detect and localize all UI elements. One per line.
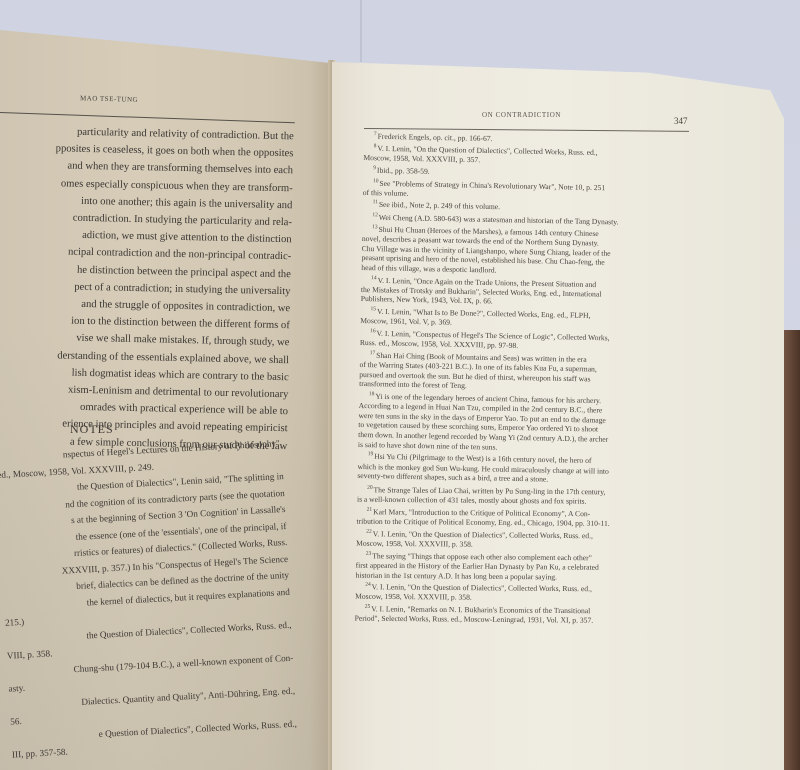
footnote-number: 13: [372, 224, 378, 230]
footnote-number: 14: [371, 275, 377, 281]
footnote-number: 9: [373, 165, 376, 171]
footnote-number: 20: [367, 485, 373, 491]
footnote-text: transformed into the forest of Teng.: [359, 379, 467, 390]
footnote-text: is a well-known collection of 431 tales,…: [357, 495, 587, 506]
footnote-line: Period", Selected Works, Russ. ed., Mosc…: [355, 614, 685, 626]
footnote-number: 16: [370, 328, 376, 334]
footnote-text: Frederick Engels, op. cit., pp. 166-67.: [378, 132, 493, 143]
footnote-text: head of this village, was a despotic lan…: [361, 263, 496, 275]
footnote-text: Period", Selected Works, Russ. ed., Mosc…: [355, 614, 594, 625]
footnote-number: 8: [374, 144, 377, 150]
left-page: MAO TSE-TUNG particularity and relativit…: [0, 30, 332, 770]
page-number: 347: [674, 116, 688, 126]
footnote-17: 17Shan Hai Ching (Book of Mountains and …: [359, 349, 690, 395]
footnote-21: 21Karl Marx, "Introduction to the Critiq…: [357, 506, 687, 530]
footnote-number: 21: [367, 507, 373, 513]
footnote-number: 10: [373, 178, 379, 184]
footnote-text: Ibid., pp. 358-59.: [377, 166, 430, 176]
footnote-number: 24: [365, 582, 371, 588]
footnote-text: Moscow, 1961, Vol. V, p. 369.: [360, 316, 452, 327]
footnote-text: See ibid., Note 2, p. 249 of this volume…: [379, 200, 500, 211]
footnote-number: 19: [368, 452, 374, 458]
notes-heading: NOTES: [70, 422, 114, 437]
footnote-text: historian in the 1st century A.D. It has…: [356, 570, 557, 581]
book-cover-shadow: [782, 330, 800, 770]
left-body-text: particularity and relativity of contradi…: [0, 122, 294, 455]
footnote-24: 24V. I. Lenin, "On the Question of Diale…: [355, 581, 685, 605]
right-page: ON CONTRADICTION 347 7Frederick Engels, …: [332, 62, 784, 770]
footnote-text: Moscow, 1958, Vol. XXXVIII, p. 358.: [355, 592, 472, 602]
footnote-number: 23: [366, 550, 372, 556]
footnote-text: Moscow, 1958, Vol. XXXVIII, p. 357.: [363, 153, 480, 164]
footnote-number: 18: [369, 391, 375, 397]
right-notes-list: 7Frederick Engels, op. cit., pp. 166-67.…: [355, 130, 694, 629]
footnote-20: 20The Strange Tales of Liao Chai, writte…: [357, 484, 687, 508]
footnote-text: Publishers, New York, 1943, Vol. IX, p. …: [361, 294, 493, 306]
left-running-head: MAO TSE-TUNG: [80, 94, 138, 104]
footnote-text: Russ. ed., Moscow, 1958, Vol. XXXVIII, p…: [360, 338, 518, 350]
footnote-number: 12: [372, 212, 378, 218]
footnote-number: 15: [370, 306, 376, 312]
footnote-text: is said to have shot down nine of the te…: [358, 440, 498, 452]
footnote-22: 22V. I. Lenin, "On the Question of Diale…: [356, 527, 686, 551]
footnote-23: 23The saying "Things that oppose each ot…: [356, 549, 686, 582]
left-head-rule: [0, 112, 295, 123]
footnote-13: 13Shui Hu Chuan (Heroes of the Marshes),…: [361, 223, 692, 279]
right-running-head: ON CONTRADICTION: [482, 111, 561, 119]
footnote-25: 25V. I. Lenin, "Remarks on N. I. Bukhari…: [355, 603, 685, 627]
footnote-number: 17: [370, 350, 376, 356]
left-notes: nspectus of Hegel's Lectures on the Hist…: [0, 435, 298, 763]
footnote-number: 11: [373, 200, 378, 206]
footnote-19: 19Hsi Yu Chi (Pilgrimage to the West) is…: [357, 450, 688, 487]
footnote-18: 18Yi is one of the legendary heroes of a…: [358, 390, 689, 455]
footnote-number: 22: [366, 528, 372, 534]
footnote-14: 14V. I. Lenin, "Once Again on the Trade …: [361, 274, 692, 311]
footnote-number: 7: [374, 131, 377, 137]
footnote-text: Moscow, 1958, Vol. XXXVIII, p. 358.: [356, 539, 473, 549]
footnote-text: tribution to the Critique of Political E…: [357, 517, 610, 528]
footnote-text: of this volume.: [363, 188, 409, 198]
footnote-number: 25: [365, 604, 371, 610]
wall-crease: [360, 0, 362, 62]
